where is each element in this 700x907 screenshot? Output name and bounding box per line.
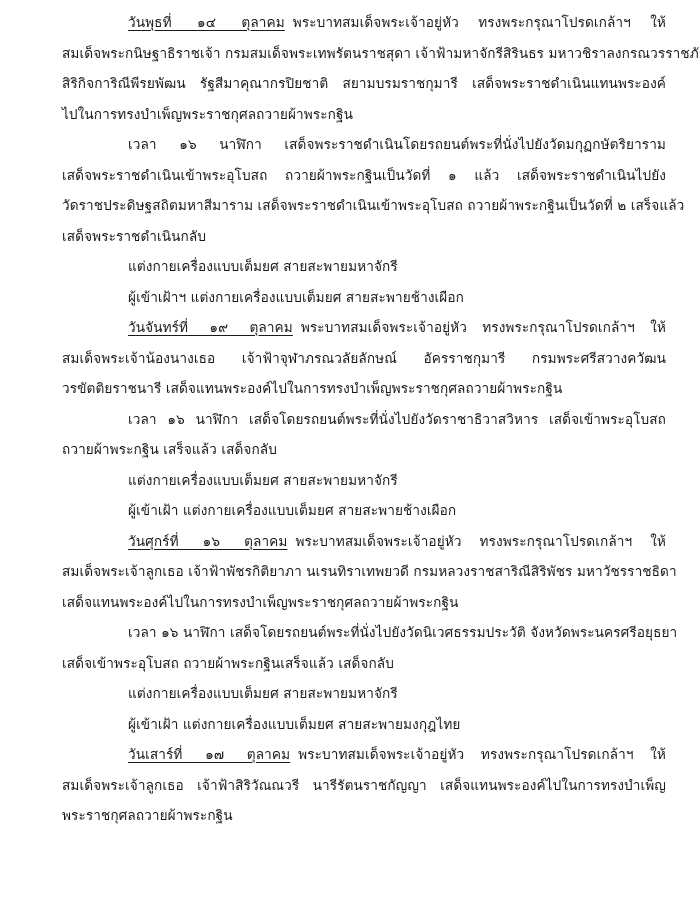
entry-intro: พระบาทสมเด็จพระเจ้าอยู่หัว ทรงพระกรุณาโป…	[298, 747, 666, 763]
entry-text-line: สิริกิจการิณีพีรยพัฒน รัฐสีมาคุณากรปิยชา…	[62, 69, 666, 100]
entry-text-line: วรขัตติยราชนารี เสด็จแทนพระองค์ไปในการทร…	[62, 374, 666, 405]
schedule-line: เวลา ๑๖ นาฬิกา เสด็จพระราชดำเนินโดยรถยนต…	[62, 130, 666, 161]
escort-dress-line: ผู้เข้าเฝ้า แต่งกายเครื่องแบบเต็มยศ สายส…	[62, 496, 666, 527]
dress-code-line: แต่งกายเครื่องแบบเต็มยศ สายสะพายมหาจักรี	[62, 679, 666, 710]
schedule-line: วัดราชประดิษฐสถิตมหาสีมาราม เสด็จพระราชด…	[62, 191, 666, 222]
schedule-line: ถวายผ้าพระกฐิน เสร็จแล้ว เสด็จกลับ	[62, 435, 666, 466]
entry-heading-line: วันเสาร์ที่ ๑๗ ตุลาคมพระบาทสมเด็จพระเจ้า…	[62, 740, 666, 771]
entry-text-line: พระราชกุศลถวายผ้าพระกฐิน	[62, 801, 666, 832]
entry-heading-line: วันพุธที่ ๑๔ ตุลาคมพระบาทสมเด็จพระเจ้าอย…	[62, 8, 666, 39]
entry-intro: พระบาทสมเด็จพระเจ้าอยู่หัว ทรงพระกรุณาโป…	[293, 15, 666, 31]
schedule-line: เวลา ๑๖ นาฬิกา เสด็จโดยรถยนต์พระที่นั่งไ…	[62, 618, 666, 649]
schedule-line: เสด็จพระราชดำเนินกลับ	[62, 222, 666, 253]
entry-text-line: เสด็จแทนพระองค์ไปในการทรงบำเพ็ญพระราชกุศ…	[62, 588, 666, 619]
escort-dress-line: ผู้เข้าเฝ้า แต่งกายเครื่องแบบเต็มยศ สายส…	[62, 710, 666, 741]
entry-intro: พระบาทสมเด็จพระเจ้าอยู่หัว ทรงพระกรุณาโป…	[295, 534, 666, 550]
document-page: วันพุธที่ ๑๔ ตุลาคมพระบาทสมเด็จพระเจ้าอย…	[62, 8, 666, 832]
entry-date: วันพุธที่ ๑๔ ตุลาคม	[128, 15, 285, 31]
entry-date: วันจันทร์ที่ ๑๙ ตุลาคม	[128, 320, 293, 336]
entry-text-line: สมเด็จพระเจ้าน้องนางเธอ เจ้าฟ้าจุฬาภรณวล…	[62, 344, 666, 375]
escort-dress-line: ผู้เข้าเฝ้าฯ แต่งกายเครื่องแบบเต็มยศ สาย…	[62, 283, 666, 314]
dress-code-line: แต่งกายเครื่องแบบเต็มยศ สายสะพายมหาจักรี	[62, 466, 666, 497]
entry-text-line: สมเด็จพระเจ้าลูกเธอ เจ้าฟ้าสิริวัณณวรี น…	[62, 771, 666, 802]
entry-date: วันเสาร์ที่ ๑๗ ตุลาคม	[128, 747, 290, 763]
entry-text-line: สมเด็จพระกนิษฐาธิราชเจ้า กรมสมเด็จพระเทพ…	[62, 39, 666, 70]
dress-code-line: แต่งกายเครื่องแบบเต็มยศ สายสะพายมหาจักรี	[62, 252, 666, 283]
entry-date: วันศุกร์ที่ ๑๖ ตุลาคม	[128, 534, 287, 550]
entry-heading-line: วันจันทร์ที่ ๑๙ ตุลาคมพระบาทสมเด็จพระเจ้…	[62, 313, 666, 344]
entry-intro: พระบาทสมเด็จพระเจ้าอยู่หัว ทรงพระกรุณาโป…	[301, 320, 666, 336]
entry-text-line: ไปในการทรงบำเพ็ญพระราชกุศลถวายผ้าพระกฐิน	[62, 100, 666, 131]
schedule-line: เสด็จเข้าพระอุโบสถ ถวายผ้าพระกฐินเสร็จแล…	[62, 649, 666, 680]
schedule-line: เสด็จพระราชดำเนินเข้าพระอุโบสถ ถวายผ้าพร…	[62, 161, 666, 192]
schedule-line: เวลา ๑๖ นาฬิกา เสด็จโดยรถยนต์พระที่นั่งไ…	[62, 405, 666, 436]
entry-text-line: สมเด็จพระเจ้าลูกเธอ เจ้าฟ้าพัชรกิติยาภา …	[62, 557, 666, 588]
entry-heading-line: วันศุกร์ที่ ๑๖ ตุลาคมพระบาทสมเด็จพระเจ้า…	[62, 527, 666, 558]
